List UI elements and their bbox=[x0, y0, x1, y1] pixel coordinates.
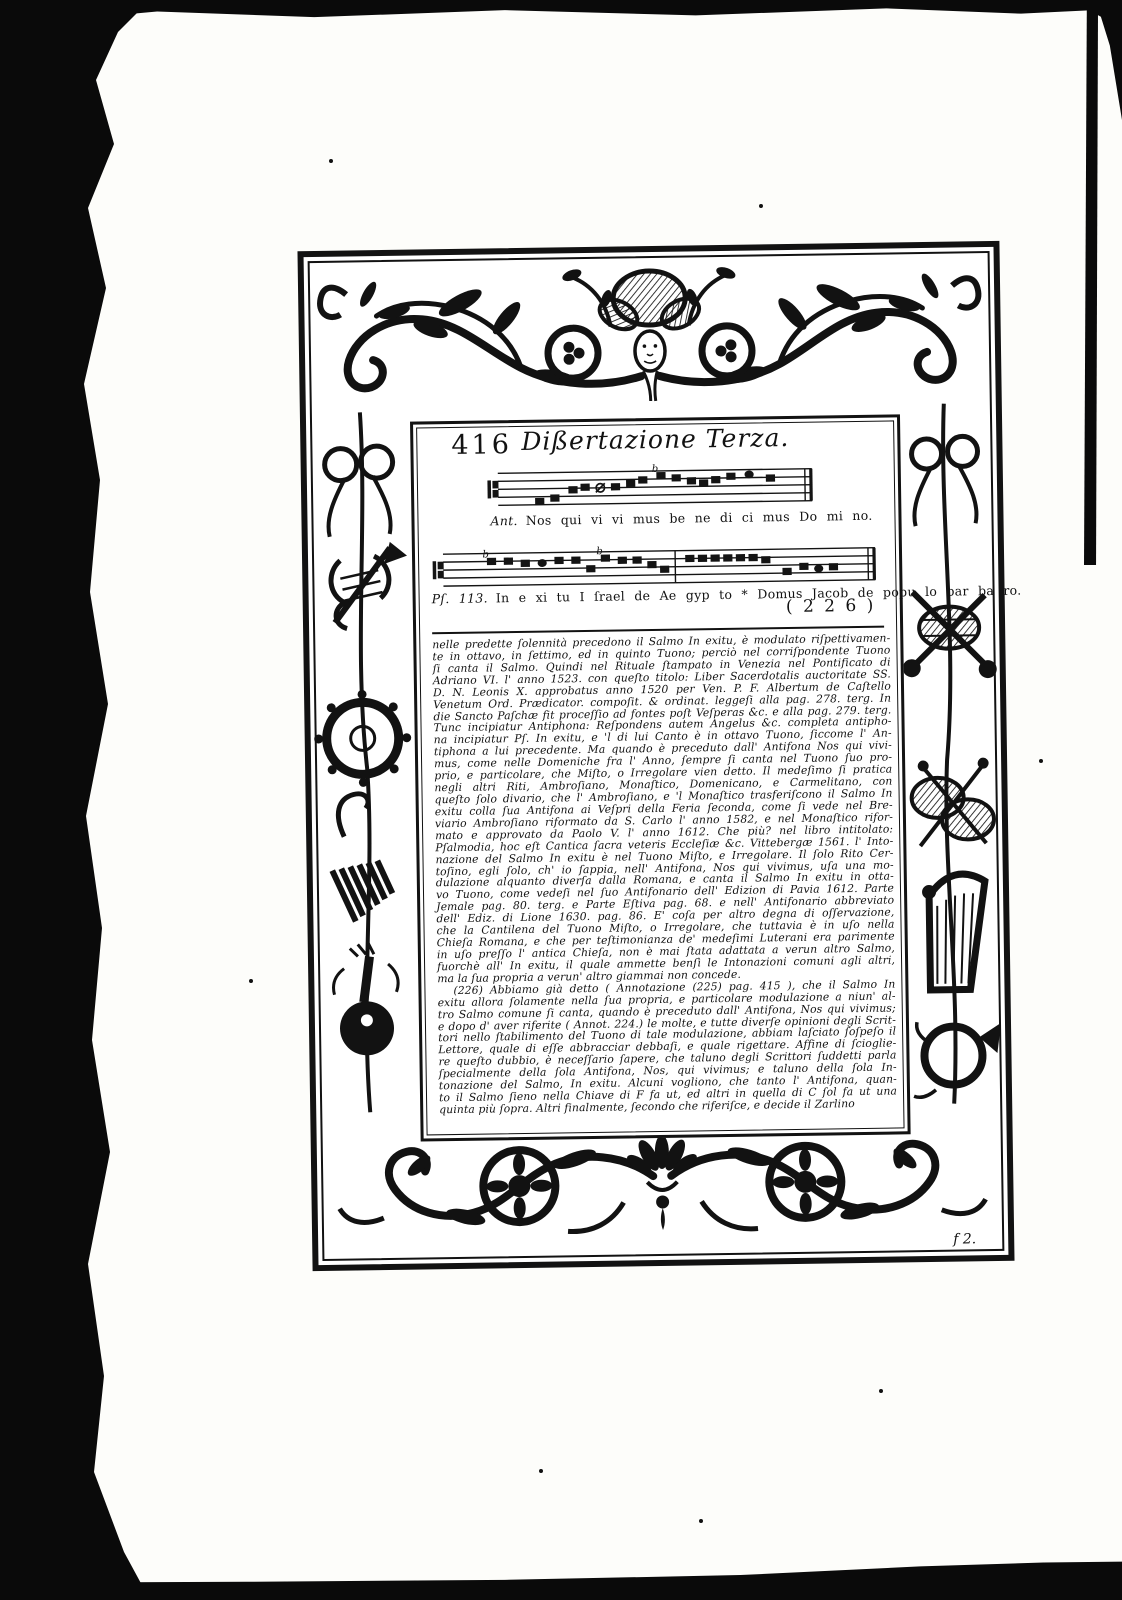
scan-edge-left bbox=[0, 0, 150, 1600]
scan-edge-top bbox=[0, 0, 1122, 22]
hunting-horn bbox=[913, 1021, 1002, 1097]
mask-face bbox=[635, 331, 666, 371]
engraved-border-plate: 416 Dißertazione Terza. b Ant.Nos qui vi… bbox=[297, 241, 1014, 1271]
headpiece-ornament bbox=[306, 251, 994, 413]
antiphon-lyrics: Ant.Nos qui vi vi mus be ne di ci mus Do… bbox=[490, 508, 872, 529]
left-instrument-trophy bbox=[308, 408, 418, 1117]
ribbon-bow bbox=[324, 446, 393, 537]
scan-edge-bottom bbox=[0, 1552, 1122, 1600]
center-palmette bbox=[624, 1134, 701, 1230]
running-title: Dißertazione Terza. bbox=[413, 421, 897, 457]
antiphon-label: Ant. bbox=[490, 513, 518, 528]
psalm-label: Pſ. 113. bbox=[432, 590, 488, 606]
scan-specks bbox=[0, 0, 2, 2]
kettledrums-and-mallets bbox=[911, 758, 994, 847]
annotation-text-block: nelle predette ſolennità precedono il Sa… bbox=[432, 633, 897, 1117]
harp bbox=[922, 874, 987, 990]
signature-mark: f 2. bbox=[953, 1231, 976, 1247]
chant-staff-antiphon: b bbox=[486, 461, 817, 512]
text-panel: 416 Dißertazione Terza. b Ant.Nos qui vi… bbox=[410, 414, 911, 1141]
ribbon-spine bbox=[940, 404, 956, 1104]
footnote-reference: ( 2 2 6 ) bbox=[786, 596, 876, 617]
panpipes-and-crook bbox=[328, 793, 399, 923]
lute bbox=[333, 942, 399, 1056]
right-instrument-trophy bbox=[896, 399, 1004, 1108]
scan-gutter-line bbox=[1084, 10, 1098, 565]
scan-gutter-speckle bbox=[1087, 560, 1094, 1560]
lyre-and-horn bbox=[330, 542, 408, 629]
scanned-book-page: 416 Dißertazione Terza. b Ant.Nos qui vi… bbox=[0, 0, 1122, 1600]
chant-staff-psalm: bb bbox=[431, 540, 880, 593]
